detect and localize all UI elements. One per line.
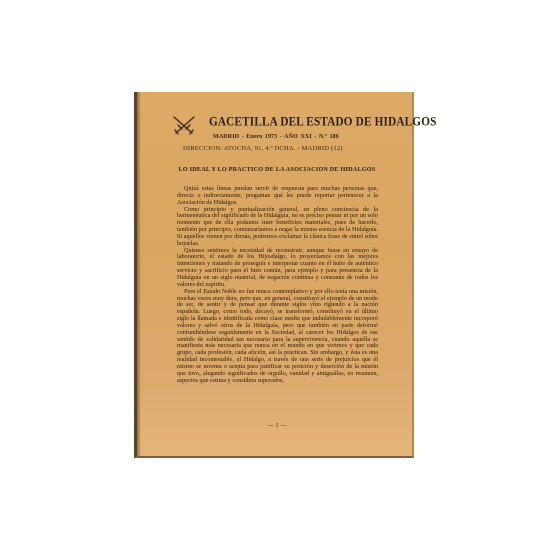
document-page: GACETILLA DEL ESTADO DE HIDALGOS MADRID …	[134, 92, 414, 458]
page-number: — 1 —	[247, 422, 307, 429]
article-body: Quizá estas líneas puedan servir de resp…	[177, 186, 378, 384]
article-paragraph: Quizá estas líneas puedan servir de resp…	[177, 186, 378, 207]
publication-title: GACETILLA DEL ESTADO DE HIDALGOS	[209, 115, 409, 129]
article-paragraph: Pero el Estado Noble no fue nunca contem…	[177, 289, 378, 385]
issue-info: MADRID - Enero 1973 - AÑO XXI - N.º 186	[213, 133, 413, 140]
article-paragraph: Quienes sentimos la necesidad de reconst…	[177, 248, 378, 289]
crossed-swords-icon	[172, 114, 196, 136]
article-heading: LO IDEAL Y LO PRACTICO DE LA ASOCIACION …	[177, 166, 377, 173]
publication-address: DIRECCION: ATOCHA, 91, 4.º DCHA. - MADRI…	[183, 145, 403, 152]
article-paragraph: Como principio y puntualización general,…	[177, 207, 378, 248]
